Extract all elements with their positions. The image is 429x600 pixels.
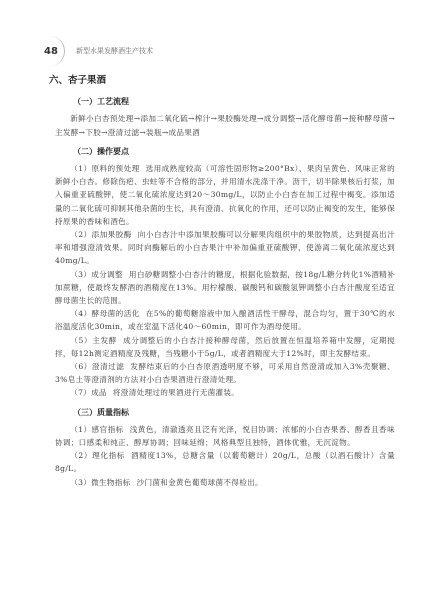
item-term: （4）酵母菌的活化 [70, 309, 140, 318]
subsection-title-quality: （三）质量指标 [73, 406, 395, 419]
item-text: 选用成熟度较高（可溶性固形物≥200°Bx）、果肉呈黄色、风味正常的新鲜小白杏。… [55, 164, 395, 226]
item-term: （1）感官指标 [70, 425, 124, 434]
item-text: 将澄清处理过的果酒进行无菌灌装。 [113, 388, 239, 397]
book-title: 新型水果发酵酒生产技术 [76, 46, 153, 56]
item-term: （1）原料的预处理 [70, 164, 139, 173]
section-title: 六、杏子果酒 [49, 74, 395, 87]
page-number: 48 [44, 40, 68, 62]
paragraph-item: （1）感官指标浅黄色，清澈透亮且泛有光泽，悦目协调；浓郁的小白杏果香、醇香且香味… [55, 423, 395, 449]
paragraph-item: （1）原料的预处理选用成熟度较高（可溶性固形物≥200°Bx）、果肉呈黄色、风味… [55, 162, 395, 228]
paragraph-item: （5）主发酵成分调整后的小白杏汁接种酵母菌，然后放置在恒温培养箱中发酵，定期搅拌… [55, 334, 395, 360]
item-term: （3）成分调整 [70, 270, 123, 279]
operation-points-list: （1）原料的预处理选用成熟度较高（可溶性固形物≥200°Bx）、果肉呈黄色、风味… [55, 162, 395, 400]
paragraph-item: （6）澄清过滤发酵结束后的小白杏原酒透明度不够，可采用自然澄清或加入3%壳聚糖、… [55, 360, 395, 386]
page-content: 六、杏子果酒 （一）工艺流程 新鲜小白杏预处理→添加二氧化硫→榨汁→果胶酶处理→… [55, 74, 395, 489]
page-header: 48 新型水果发酵酒生产技术 [44, 40, 153, 62]
quality-indicators-list: （1）感官指标浅黄色，清澈透亮且泛有光泽，悦目协调；浓郁的小白杏果香、醇香且香味… [55, 423, 395, 489]
item-term: （7）成品 [70, 388, 107, 397]
item-text: 沙门菌和金黄色葡萄球菌不得检出。 [137, 478, 263, 487]
item-term: （2）理化指标 [70, 451, 125, 460]
subsection-title-process: （一）工艺流程 [73, 95, 395, 108]
paragraph-item: （2）添加果胶酶向小白杏汁中添加果胶酶可以分解果肉组织中的果胶物质，达到提高出汁… [55, 228, 395, 268]
paragraph-item: （2）理化指标酒精度13%，总糖含量（以葡萄糖计）20g/L，总酸（以酒石酸计）… [55, 449, 395, 475]
process-flow-text: 新鲜小白杏预处理→添加二氧化硫→榨汁→果胶酶处理→成分调整→活化酵母菌→接种酵母… [55, 112, 395, 138]
paragraph-item: （4）酵母菌的活化在5%的葡萄糖溶液中加入酿酒活性干酵母，混合均匀，置于30℃的… [55, 307, 395, 333]
page-number-arc [38, 36, 65, 66]
item-term: （3）微生物指标 [70, 478, 130, 487]
item-term: （5）主发酵 [70, 336, 117, 345]
paragraph-item: （3）成分调整用白砂糖调整小白杏汁的糖度，根据化验数据，按18g/L糖分转化1%… [55, 268, 395, 308]
item-term: （6）澄清过滤 [70, 362, 124, 371]
paragraph-item: （3）微生物指标沙门菌和金黄色葡萄球菌不得检出。 [55, 476, 395, 489]
item-term: （2）添加果胶酶 [70, 230, 132, 239]
subsection-title-operation: （二）操作要点 [73, 145, 395, 158]
paragraph-item: （7）成品将澄清处理过的果酒进行无菌灌装。 [55, 386, 395, 399]
